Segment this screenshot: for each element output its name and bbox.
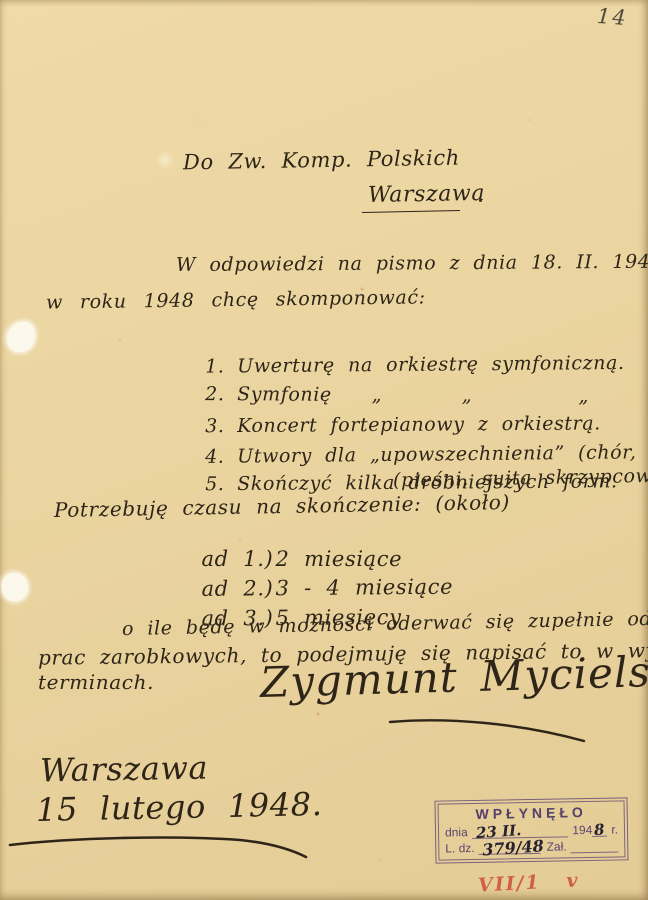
date-line: 15 lutego 1948.	[36, 785, 323, 829]
stamp-ref-line: L. dz. 379/48 Zał.	[445, 838, 618, 855]
received-stamp: WPŁYNĘŁO dnia 23 II. 194 8 r. L. dz. 379…	[434, 797, 628, 863]
page-number: 14	[596, 4, 628, 30]
stamp-ref-prefix: L. dz.	[445, 842, 475, 856]
intro-line-1: W odpowiedzi na pismo z dnia 18. II. 194…	[176, 250, 648, 276]
stamp-ref-suffix: Zał.	[547, 840, 567, 853]
intro-line-2: w roku 1948 chcę skomponować:	[46, 286, 426, 313]
stamp-ref-blank: 379/48	[479, 840, 541, 855]
addressee-line: Do Zw. Komp. Polskich	[183, 146, 460, 175]
stamp-year-blank: 8	[592, 822, 607, 836]
paper-hole	[2, 573, 28, 601]
works-note: (pieśni, suita skrzypcowa)	[393, 465, 648, 492]
ink-dot	[479, 199, 482, 202]
stamp-year-handwritten: 8	[594, 823, 605, 837]
letter-page: 14 Do Zw. Komp. Polskich Warszawa W odpo…	[0, 0, 648, 900]
stamp-date-blank: 23 II.	[472, 823, 569, 839]
stamp-attachments-blank	[571, 838, 619, 853]
stamp-ref-handwritten: 379/48	[482, 839, 544, 856]
stamp-date-prefix: dnia	[445, 826, 468, 839]
stamp-date-suffix: r.	[611, 823, 618, 836]
place-line: Warszawa	[40, 749, 209, 790]
stamp-year-printed: 194	[572, 823, 592, 836]
paper-hole	[7, 322, 35, 352]
city-underline	[362, 210, 460, 213]
city-line: Warszawa	[368, 181, 485, 208]
signature-flourish	[388, 716, 590, 746]
date-flourish	[0, 828, 312, 860]
archival-note: VII/1 v	[477, 869, 580, 896]
stamp-title: WPŁYNĘŁO	[445, 803, 618, 822]
work-item-number: 5.	[205, 473, 237, 495]
closing-line-3: terminach.	[38, 670, 154, 694]
time-heading: Potrzebuję czasu na skończenie: (około)	[54, 490, 510, 522]
received-stamp-inner: WPŁYNĘŁO dnia 23 II. 194 8 r. L. dz. 379…	[438, 800, 626, 860]
